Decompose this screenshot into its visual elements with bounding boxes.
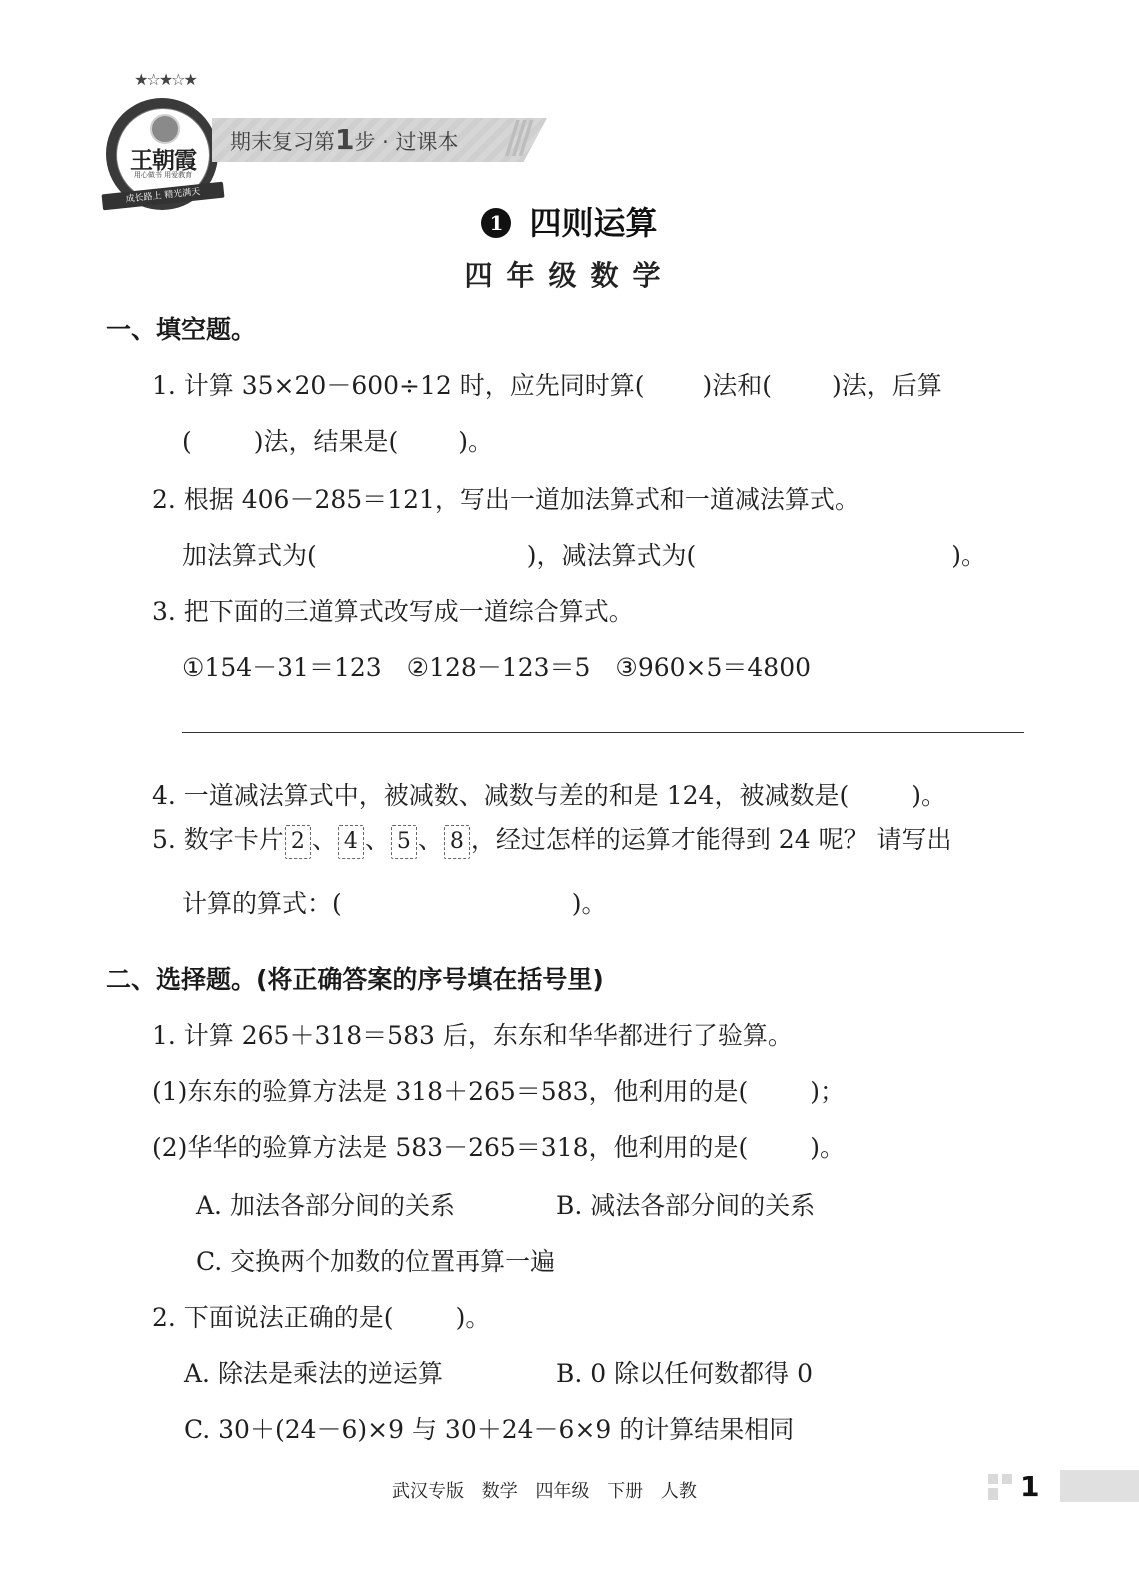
q5-text: ，经过怎样的运算才能得到 24 呢？ 请写出 <box>471 825 952 854</box>
edition-info: 武汉专版 数学 四年级 下册 人教 <box>392 1477 697 1503</box>
mc1-text: (2)华华的验算方法是 583－265＝318，他利用的是( <box>152 1133 748 1162</box>
option-text: 30＋(24－6)×9 与 30＋24－6×9 的计算结果相同 <box>218 1415 794 1444</box>
option-text: 减法各部分间的关系 <box>590 1191 815 1220</box>
page-number: 1 <box>1020 1470 1039 1503</box>
option-label: B. <box>556 1359 582 1388</box>
option-label: C. <box>184 1415 210 1444</box>
mc-question-1-part-2: (2)华华的验算方法是 583－265＝318，他利用的是()。 <box>152 1128 845 1164</box>
mc-option-b: B. 减法各部分间的关系 <box>556 1186 815 1222</box>
page-deco-square-icon <box>988 1488 998 1500</box>
question-3-line-1: 3. 把下面的三道算式改写成一道综合算式。 <box>152 592 634 628</box>
option-text: 加法各部分间的关系 <box>230 1191 455 1220</box>
banner-prefix: 期末复习第 <box>230 130 335 154</box>
number-card: 2 <box>285 825 311 859</box>
chapter-number-badge: 1 <box>481 208 511 238</box>
q5-text: 5. 数字卡片 <box>152 825 284 854</box>
option-text: 交换两个加数的位置再算一遍 <box>230 1247 555 1276</box>
question-1-line-1: 1. 计算 35×20－600÷12 时，应先同时算()法和()法，后算 <box>152 366 942 402</box>
q4-text: 4. 一道减法算式中，被减数、减数与差的和是 124，被减数是( <box>152 781 849 810</box>
q1-text: ( <box>182 427 192 456</box>
question-5-line-1: 5. 数字卡片2、4、5、8，经过怎样的运算才能得到 24 呢？ 请写出 <box>152 820 952 859</box>
mc-option-c: C. 30＋(24－6)×9 与 30＋24－6×9 的计算结果相同 <box>184 1410 794 1446</box>
q5-text: )。 <box>572 889 607 918</box>
mc-option-b: B. 0 除以任何数都得 0 <box>556 1354 813 1390</box>
mc1-text: (1)东东的验算方法是 318＋265＝583，他利用的是( <box>152 1077 748 1106</box>
question-5-line-2: 计算的算式：()。 <box>182 884 607 920</box>
option-text: 0 除以任何数都得 0 <box>590 1359 813 1388</box>
page-deco-square-icon <box>988 1474 998 1484</box>
mc2-text: 2. 下面说法正确的是( <box>152 1303 394 1332</box>
option-label: A. <box>184 1359 210 1388</box>
question-2-line-1: 2. 根据 406－285＝121，写出一道加法算式和一道减法算式。 <box>152 480 860 516</box>
section-heading-fill-in: 一、填空题。 <box>106 310 256 346</box>
decorative-slashes-icon: /// <box>505 118 555 162</box>
q1-text: )法，后算 <box>832 371 942 400</box>
q1-text: )法和( <box>703 371 773 400</box>
mc1-text: )。 <box>810 1133 845 1162</box>
banner-text: 期末复习第1步 · 过课本 <box>230 118 459 162</box>
q1-text: 1. 计算 35×20－600÷12 时，应先同时算( <box>152 371 645 400</box>
separator: 、 <box>365 825 390 854</box>
page-deco-bar <box>1060 1470 1139 1502</box>
mc1-text: )； <box>810 1077 845 1106</box>
question-4-line-1: 4. 一道减法算式中，被减数、减数与差的和是 124，被减数是()。 <box>152 776 946 812</box>
banner-step-number: 1 <box>335 123 354 156</box>
q2-text: 加法算式为( <box>182 541 317 570</box>
mc2-text: )。 <box>456 1303 491 1332</box>
portrait-icon <box>150 114 180 144</box>
question-3-equations: ①154－31＝123 ②128－123＝5 ③960×5＝4800 <box>182 648 811 684</box>
mc-option-a: A. 加法各部分间的关系 <box>196 1186 455 1222</box>
mc-option-a: A. 除法是乘法的逆运算 <box>184 1354 443 1390</box>
question-2-line-2: 加法算式为()，减法算式为()。 <box>182 536 986 572</box>
mc-question-1-stem: 1. 计算 265＋318＝583 后，东东和华华都进行了验算。 <box>152 1016 793 1052</box>
number-card: 8 <box>444 825 470 859</box>
publisher-logo: ★☆★☆★ 王朝霞 用心做书 用爱教育 成长路上 精光满天 <box>102 70 228 198</box>
q5-text: 计算的算式：( <box>182 889 342 918</box>
option-label: B. <box>556 1191 582 1220</box>
banner-suffix: 步 · 过课本 <box>354 130 458 154</box>
section-heading-multiple-choice: 二、选择题。(将正确答案的序号填在括号里) <box>106 960 604 996</box>
page-subtitle: 四年级数学 <box>0 254 1139 294</box>
q1-text: )法，结果是( <box>254 427 399 456</box>
option-label: C. <box>196 1247 222 1276</box>
mc-question-2-stem: 2. 下面说法正确的是()。 <box>152 1298 490 1334</box>
q2-text: )，减法算式为( <box>527 541 697 570</box>
answer-write-line[interactable] <box>182 732 1024 733</box>
mc-option-c: C. 交换两个加数的位置再算一遍 <box>196 1242 555 1278</box>
separator: 、 <box>312 825 337 854</box>
q1-text: )。 <box>458 427 493 456</box>
q4-text: )。 <box>911 781 946 810</box>
number-card: 4 <box>338 825 364 859</box>
step-banner: 期末复习第1步 · 过课本 <box>212 118 547 162</box>
q2-text: )。 <box>951 541 986 570</box>
chapter-title: 1四则运算 <box>0 198 1139 244</box>
mc-question-1-part-1: (1)东东的验算方法是 318＋265＝583，他利用的是()； <box>152 1072 845 1108</box>
page-deco-square-icon <box>1002 1474 1012 1484</box>
separator: 、 <box>418 825 443 854</box>
number-card: 5 <box>391 825 417 859</box>
logo-tagline: 用心做书 用爱教育 <box>130 170 196 180</box>
question-1-line-2: ()法，结果是()。 <box>182 422 493 458</box>
option-label: A. <box>196 1191 222 1220</box>
chapter-title-text: 四则运算 <box>529 204 657 242</box>
option-text: 除法是乘法的逆运算 <box>218 1359 443 1388</box>
